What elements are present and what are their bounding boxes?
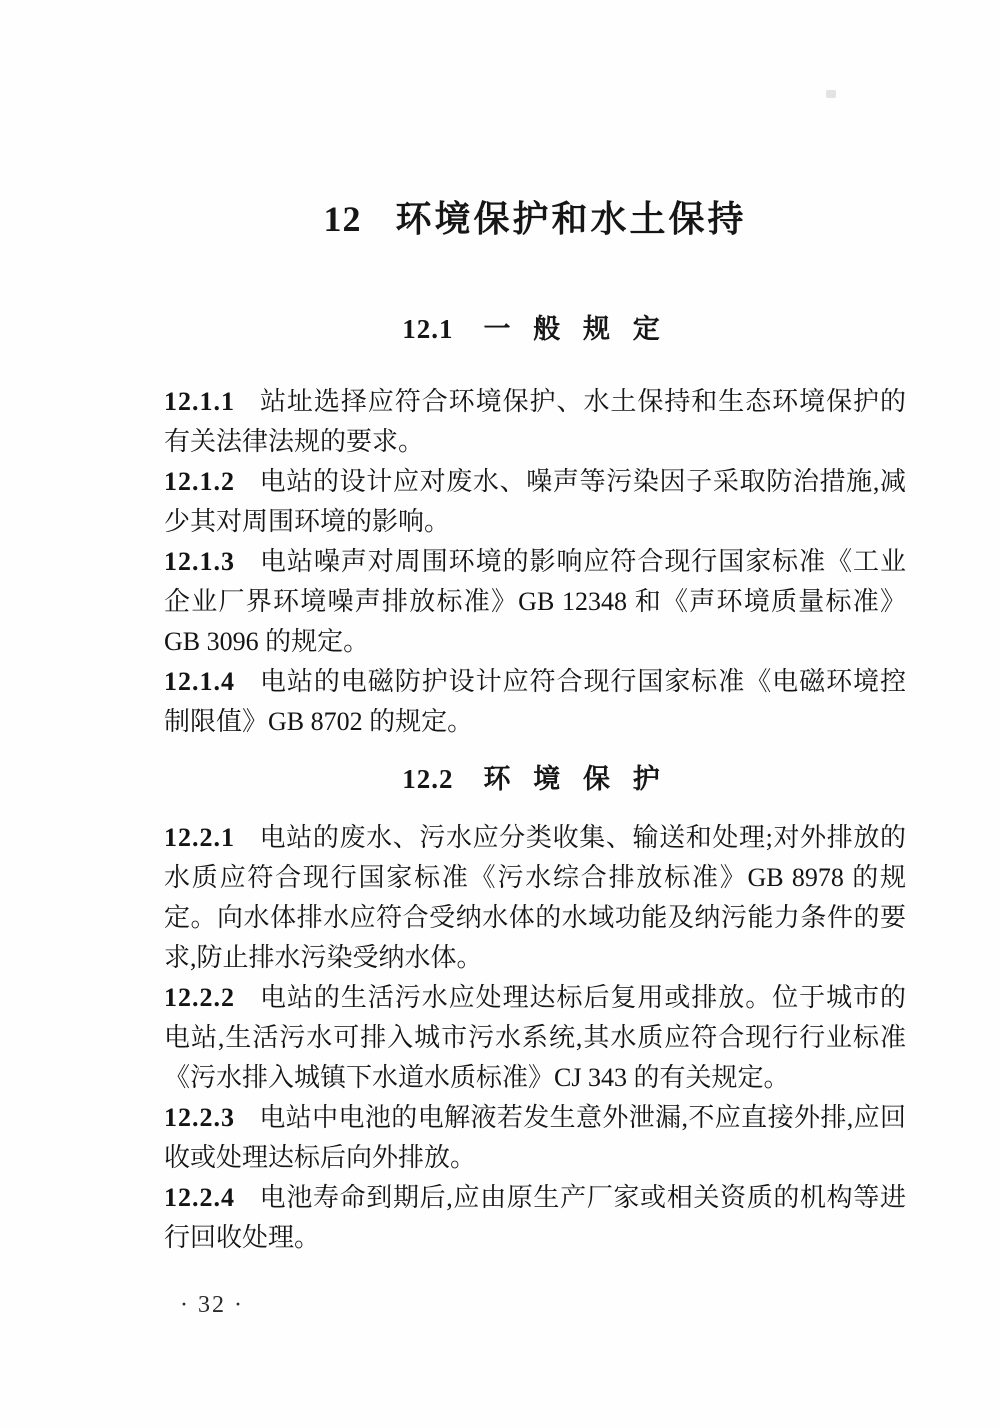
clause-12-1-1: 12.1.1站址选择应符合环境保护、水土保持和生态环境保护的有关法律法规的要求。 — [164, 382, 906, 462]
clause-12-1-4: 12.1.4电站的电磁防护设计应符合现行国家标准《电磁环境控制限值》GB 870… — [164, 662, 906, 742]
clause-text: 电站的生活污水应处理达标后复用或排放。位于城市的电站,生活污水可排入城市污水系统… — [164, 983, 906, 1092]
clause-number: 12.1.1 — [164, 387, 235, 416]
clause-text: 电站的电磁防护设计应符合现行国家标准《电磁环境控制限值》GB 8702 的规定。 — [164, 667, 906, 736]
clause-12-1-3: 12.1.3电站噪声对周围环境的影响应符合现行国家标准《工业企业厂界环境噪声排放… — [164, 542, 906, 662]
clause-12-2-1: 12.2.1电站的废水、污水应分类收集、输送和处理;对外排放的水质应符合现行国家… — [164, 818, 906, 978]
clause-text: 电池寿命到期后,应由原生产厂家或相关资质的机构等进行回收处理。 — [164, 1183, 906, 1252]
clause-12-2-4: 12.2.4电池寿命到期后,应由原生产厂家或相关资质的机构等进行回收处理。 — [164, 1178, 906, 1258]
section-name: 环 境 保 护 — [484, 764, 668, 794]
document-page: 12环境保护和水土保持 12.1一 般 规 定 12.1.1站址选择应符合环境保… — [0, 0, 1000, 1428]
clause-text: 站址选择应符合环境保护、水土保持和生态环境保护的有关法律法规的要求。 — [164, 387, 906, 456]
section-number: 12.2 — [402, 764, 453, 794]
clause-text: 电站噪声对周围环境的影响应符合现行国家标准《工业企业厂界环境噪声排放标准》GB … — [164, 547, 906, 656]
clause-number: 12.1.3 — [164, 547, 235, 576]
page-content: 12环境保护和水土保持 12.1一 般 规 定 12.1.1站址选择应符合环境保… — [164, 0, 906, 1258]
chapter-number: 12 — [323, 199, 361, 239]
clause-number: 12.2.2 — [164, 983, 235, 1012]
clause-text: 电站的设计应对废水、噪声等污染因子采取防治措施,减少其对周围环境的影响。 — [164, 467, 906, 536]
clause-12-2-2: 12.2.2电站的生活污水应处理达标后复用或排放。位于城市的电站,生活污水可排入… — [164, 978, 906, 1098]
chapter-name: 环境保护和水土保持 — [395, 199, 746, 239]
clause-number: 12.2.4 — [164, 1183, 235, 1212]
clause-12-1-2: 12.1.2电站的设计应对废水、噪声等污染因子采取防治措施,减少其对周围环境的影… — [164, 462, 906, 542]
section-heading-12-1: 12.1一 般 规 定 — [164, 312, 906, 346]
section-name: 一 般 规 定 — [484, 314, 668, 344]
clause-text: 电站的废水、污水应分类收集、输送和处理;对外排放的水质应符合现行国家标准《污水综… — [164, 823, 906, 972]
section-number: 12.1 — [402, 314, 453, 344]
page-number: · 32 · — [180, 1292, 244, 1319]
section-heading-12-2: 12.2环 境 保 护 — [164, 762, 906, 796]
clause-number: 12.1.2 — [164, 467, 235, 496]
clause-number: 12.2.3 — [164, 1103, 235, 1132]
clause-12-2-3: 12.2.3电站中电池的电解液若发生意外泄漏,不应直接外排,应回收或处理达标后向… — [164, 1098, 906, 1178]
clause-number: 12.2.1 — [164, 823, 235, 852]
chapter-title: 12环境保护和水土保持 — [164, 0, 906, 242]
clause-number: 12.1.4 — [164, 667, 235, 696]
section-12-2-clauses: 12.2.1电站的废水、污水应分类收集、输送和处理;对外排放的水质应符合现行国家… — [164, 818, 906, 1258]
section-12-1-clauses: 12.1.1站址选择应符合环境保护、水土保持和生态环境保护的有关法律法规的要求。… — [164, 382, 906, 742]
clause-text: 电站中电池的电解液若发生意外泄漏,不应直接外排,应回收或处理达标后向外排放。 — [164, 1103, 906, 1172]
